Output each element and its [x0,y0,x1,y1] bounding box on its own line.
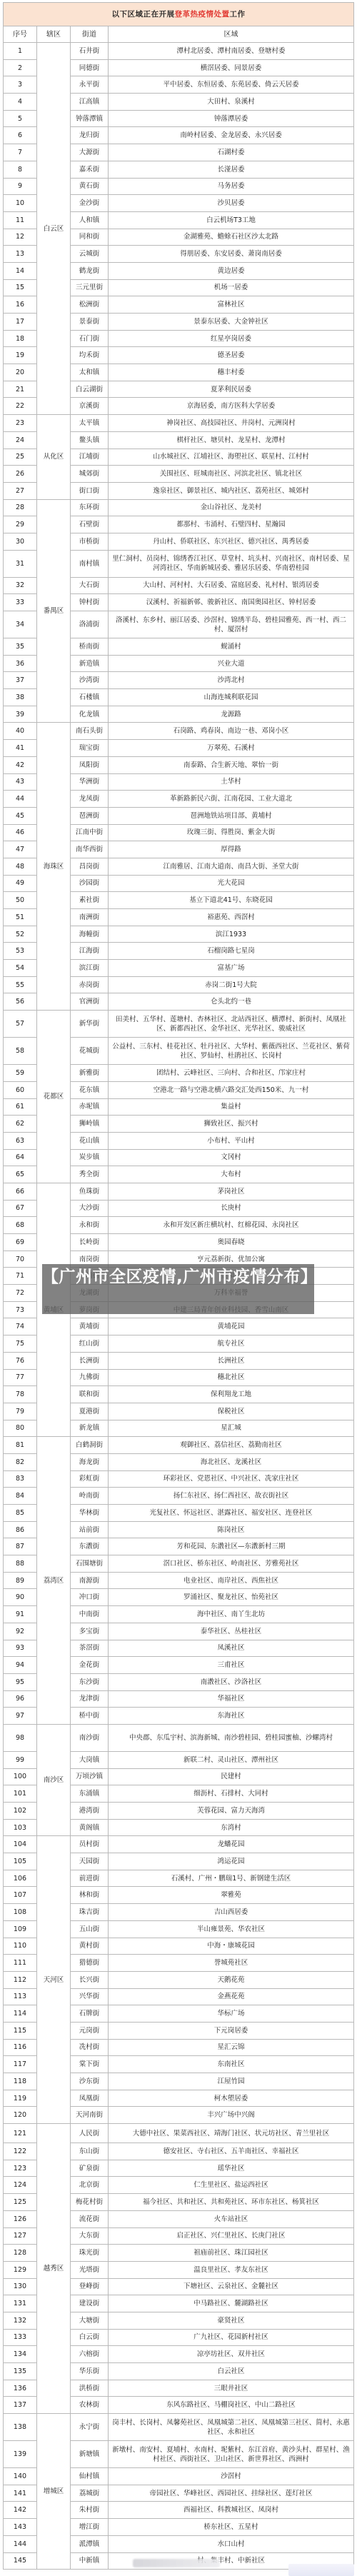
area-cell: 光大花园 [109,875,354,892]
street-cell: 万顷沙镇 [71,1768,109,1785]
street-cell: 桥中街 [71,1708,109,1725]
area-cell: 富基广场 [109,960,354,977]
row-seq-number: 82 [4,1453,37,1470]
column-header-row: 序号 辖区 街道 区域 [4,26,354,43]
area-cell: 细沥村、石排村、大同村 [109,1785,354,1803]
street-cell: 黄村街 [71,1938,109,1955]
row-seq-number: 74 [4,1318,37,1335]
row-seq-number: 99 [4,1751,37,1768]
street-cell: 沙东街 [71,2073,109,2090]
row-seq-number: 89 [4,1572,37,1589]
row-seq-number: 71 [4,1268,37,1285]
area-cell: 厚得路 [109,841,354,858]
area-cell: 凤溪社区 [109,1640,354,1657]
row-seq-number: 18 [4,330,37,347]
street-cell: 瑞宝街 [71,740,109,757]
row-seq-number: 80 [4,1420,37,1437]
watermark-blur [133,2559,220,2567]
area-cell: 金山谷社区、龙美村 [109,499,354,516]
row-seq-number: 58 [4,1038,37,1065]
row-seq-number: 48 [4,858,37,875]
area-cell: 棋杆社区、塘贝村、龙星村、龙潭村 [109,431,354,448]
street-cell: 五山街 [71,1920,109,1938]
street-cell: 白鹤洞街 [71,1437,109,1454]
area-cell: 黄埔花园 [109,1318,354,1335]
row-seq-number: 83 [4,1470,37,1488]
street-cell: 江南中街 [71,824,109,841]
street-cell: 梅花村街 [71,2194,109,2211]
area-cell: 山水城社区、江埔社区、海塱社区、联星村、江村村 [109,448,354,466]
row-seq-number: 110 [4,1938,37,1955]
area-cell: 民建村 [109,1768,354,1785]
area-cell: 赤岗二街1号大院 [109,976,354,993]
street-cell: 大沙街 [71,1200,109,1217]
street-cell: 仙村镇 [71,2468,109,2485]
area-cell: 田美村、五华村、莲塘村、杏林社区、北站西社区、横潭村、新街村、凤凰社区、新都西社… [109,1011,354,1038]
street-cell: 中新镇 [71,2552,109,2570]
row-seq-number: 29 [4,516,37,533]
row-seq-number: 7 [4,144,37,161]
row-seq-number: 88 [4,1555,37,1573]
street-cell: 石壁街 [71,516,109,533]
district-cell: 越秀区 [37,2124,71,2414]
row-seq-number: 5 [4,110,37,127]
row-seq-number: 19 [4,347,37,364]
street-cell: 派潭镇 [71,2535,109,2552]
street-cell: 兴华街 [71,1988,109,2005]
row-seq-number: 129 [4,2261,37,2278]
street-cell: 前进街 [71,1870,109,1887]
street-cell: 三元里街 [71,279,109,296]
street-cell: 珠光街 [71,2245,109,2262]
street-cell: 光塔街 [71,2261,109,2278]
row-seq-number: 124 [4,2177,37,2194]
row-seq-number: 47 [4,841,37,858]
row-seq-number: 36 [4,655,37,672]
area-cell: 集益村 [109,1098,354,1116]
street-cell: 增江街 [71,2519,109,2536]
street-cell: 大岗镇 [71,1751,109,1768]
area-cell: 罗涌社区、聚龙社区、怡苑社区 [109,1589,354,1606]
area-cell: 誉城苑社区 [109,1955,354,1972]
row-seq-number: 49 [4,875,37,892]
row-seq-number: 23 [4,415,37,432]
row-seq-number: 63 [4,1132,37,1149]
street-cell: 琶洲街 [71,807,109,824]
street-cell: 江高镇 [71,94,109,111]
row-seq-number: 107 [4,1887,37,1904]
street-cell: 夏港街 [71,1403,109,1420]
street-cell: 林和街 [71,1887,109,1904]
area-cell: 丹山村、侨联社区、东兴社区、德兴社区、禺秀居委 [109,533,354,550]
table-row: 28番禺区东环街金山谷社区、龙美村 [4,499,354,516]
area-cell: 南漖社区、沙洛社区 [109,1673,354,1690]
street-cell: 洛浦街 [71,611,109,638]
area-cell: 石湖村委 [109,144,354,161]
street-cell: 多宝街 [71,1623,109,1640]
area-cell: 永和开发区新庄横坑村、红棉花园、永岗社区 [109,1217,354,1234]
row-seq-number: 12 [4,229,37,246]
area-cell: 翠雅苑 [109,1887,354,1904]
street-cell: 城郊街 [71,466,109,483]
area-cell: 汉溪村、祈福新邨、骏新社区、南国奥园社区、钟村居委 [109,594,354,611]
area-cell: 沙滘村 [109,2468,354,2485]
street-cell: 花东镇 [71,1081,109,1098]
row-seq-number: 31 [4,550,37,577]
street-cell: 赤岗街 [71,976,109,993]
row-seq-number: 118 [4,2073,37,2090]
area-cell: 扬仁东社区、扬仁西社区、故衣街社区 [109,1488,354,1505]
street-cell: 冲口街 [71,1589,109,1606]
row-seq-number: 2 [4,59,37,76]
area-cell: 长洲社区 [109,1352,354,1369]
area-cell: 半山雍景苑、华农社区 [109,1920,354,1938]
article-title-overlay: 【广州市全区疫情,广州市疫情分布】 [42,1264,314,1314]
area-cell: 中央郡、东瓜宇村、滨海新城、南沙碧桂园、碧桂园蜜柚、沙螺湾村 [109,1724,354,1751]
area-cell: 电业社区、南岸社区、西焦社区 [109,1572,354,1589]
street-cell: 洪桥街 [71,2380,109,2397]
street-cell: 华洲街 [71,773,109,791]
street-cell: 东涌镇 [71,1785,109,1803]
row-seq-number: 11 [4,211,37,229]
street-cell: 沙湾街 [71,672,109,689]
row-seq-number: 104 [4,1836,37,1853]
row-seq-number: 62 [4,1116,37,1133]
street-cell: 永平街 [71,76,109,94]
row-seq-number: 116 [4,2039,37,2056]
column-header-street: 街道 [71,26,109,43]
street-cell: 港湾街 [71,1803,109,1820]
row-seq-number: 4 [4,94,37,111]
area-cell: 黄边居委 [109,262,354,279]
area-cell: 东海社区 [109,1708,354,1725]
row-seq-number: 97 [4,1708,37,1725]
area-cell: 平中居委、东恒居委、东苑居委、倚云天居委 [109,76,354,94]
banner-suffix: 工作 [230,10,246,19]
row-seq-number: 137 [4,2397,37,2414]
area-cell: 龙蟠花园 [109,1836,354,1853]
area-cell: 中海・康城花园 [109,1938,354,1955]
street-cell: 棠下街 [71,2056,109,2073]
column-header-area: 区域 [109,26,354,43]
area-cell: 保税社区 [109,1403,354,1420]
area-cell: 德圣居委 [109,347,354,364]
area-cell: 基立下道北41号、东晓花园 [109,892,354,909]
row-seq-number: 138 [4,2414,37,2441]
district-cell: 荔湾区 [37,1437,71,1725]
row-seq-number: 126 [4,2210,37,2227]
district-cell: 从化区 [37,415,71,499]
row-seq-number: 120 [4,2107,37,2124]
area-cell: 三甫社区 [109,1657,354,1674]
street-cell: 天园街 [71,1853,109,1870]
area-cell: 红星亭岗居委 [109,330,354,347]
street-cell: 南村镇 [71,550,109,577]
area-cell: 洛溪村、东乡村、丽江居委、沙滘村、锦绣半岛、碧桂园雅苑、西一村、西二村、厦滘村 [109,611,354,638]
street-cell: 新塘镇 [71,2441,109,2468]
area-cell: 启正社区、兴仁里社区、长庚门社区 [109,2227,354,2245]
row-seq-number: 10 [4,195,37,212]
street-cell: 素社街 [71,892,109,909]
street-cell: 石牌街 [71,2005,109,2023]
row-seq-number: 67 [4,1200,37,1217]
street-cell: 长兴街 [71,1971,109,1988]
area-cell: 海中社区、南丫生北坊 [109,1606,354,1623]
row-seq-number: 1 [4,43,37,60]
row-seq-number: 55 [4,976,37,993]
row-seq-number: 92 [4,1623,37,1640]
area-cell: 横滘居委、同景居委 [109,59,354,76]
area-cell: 帝园社区、华峰社区、西园社区、挂绿社区、莲灯社区 [109,2485,354,2502]
street-cell: 大石街 [71,577,109,594]
street-cell: 华林街 [71,1505,109,1522]
street-cell: 建设街 [71,2295,109,2312]
row-seq-number: 143 [4,2519,37,2536]
street-cell: 钟村街 [71,594,109,611]
table-row: 57花都区新华街田美村、五华村、莲塘村、杏林社区、北站西社区、横潭村、新街村、凤… [4,1011,354,1038]
table-row: 104天河区员村街龙蟠花园 [4,1836,354,1853]
row-seq-number: 119 [4,2090,37,2107]
row-seq-number: 131 [4,2295,37,2312]
area-cell: 大山村、河村村、大石居委、富庭居委、礼村村、银湾居委 [109,577,354,594]
area-cell: 凉亭坊社区、双井社区 [109,2346,354,2363]
area-cell: 富林社区 [109,296,354,314]
street-cell: 人民街 [71,2124,109,2143]
area-cell: 水口山村 [109,2535,354,2552]
row-seq-number: 34 [4,611,37,638]
row-seq-number: 114 [4,2005,37,2023]
street-cell: 站前街 [71,1521,109,1538]
row-seq-number: 15 [4,279,37,296]
column-header-district: 辖区 [37,26,71,43]
street-cell: 员村街 [71,1836,109,1853]
street-cell: 永宁街 [71,2414,109,2441]
street-cell: 太和镇 [71,364,109,381]
area-cell: 火车站社区 [109,2210,354,2227]
street-cell: 钟落潭镇 [71,110,109,127]
street-cell: 冼村街 [71,2039,109,2056]
street-cell: 农林街 [71,2397,109,2414]
area-cell: 滨江1933 [109,926,354,943]
area-cell: 环彩社区、党恩社区、中兴社区、冼家庄社区 [109,1470,354,1488]
area-cell: 穗北社区 [109,1369,354,1386]
row-seq-number: 79 [4,1403,37,1420]
area-cell: 岗丰村、长岗村、凤馨苑社区、凤凰城第二社区、凤凰城第三社区、简村、永惠社区、永和… [109,2414,354,2441]
row-seq-number: 38 [4,689,37,706]
street-cell: 新雅街 [71,1065,109,1082]
row-seq-number: 100 [4,1768,37,1785]
area-cell: 万翠苑、石溪村 [109,740,354,757]
street-cell: 珠吉街 [71,1904,109,1921]
row-seq-number: 30 [4,533,37,550]
street-cell: 江埔街 [71,448,109,466]
row-seq-number: 125 [4,2194,37,2211]
row-seq-number: 85 [4,1505,37,1522]
street-cell: 黄石街 [71,178,109,195]
district-cell: 增城区 [37,2414,71,2570]
area-cell: 小布村、平山村 [109,1132,354,1149]
row-seq-number: 64 [4,1149,37,1166]
area-cell: 兴业大道 [109,655,354,672]
street-cell: 大东街 [71,2227,109,2245]
area-cell: 夏茅利民居委 [109,381,354,398]
street-cell: 滨江街 [71,960,109,977]
row-seq-number: 51 [4,909,37,926]
area-cell: 三眼井社区 [109,2380,354,2397]
area-cell: 大田村、泉溪村 [109,94,354,111]
table-row: 98南沙区南沙街中央郡、东瓜宇村、滨海新城、南沙碧桂园、碧桂园蜜柚、沙螺湾村 [4,1724,354,1751]
row-seq-number: 59 [4,1065,37,1082]
row-seq-number: 78 [4,1386,37,1403]
area-cell: 裕惠苑、西滘村 [109,909,354,926]
row-seq-number: 3 [4,76,37,94]
area-cell: 芙蓉花园、富力天海湾 [109,1803,354,1820]
street-cell: 岭南街 [71,1488,109,1505]
street-cell: 东山街 [71,2143,109,2160]
street-cell: 龙归街 [71,127,109,144]
district-cell: 花都区 [37,1011,71,1183]
row-seq-number: 45 [4,807,37,824]
area-cell: 白云机场T3工地 [109,211,354,229]
area-cell: 丰兴广场中兴阁 [109,2107,354,2124]
row-seq-number: 135 [4,2363,37,2380]
table-row: 23从化区太平镇神岗社区、高技园社区、井岗村、元洲岗村 [4,415,354,432]
street-cell: 桥南街 [71,638,109,656]
area-cell: 沙贝居委 [109,195,354,212]
row-seq-number: 41 [4,740,37,757]
area-cell: 瑶华社区 [109,2160,354,2177]
row-seq-number: 69 [4,1234,37,1251]
row-seq-number: 76 [4,1352,37,1369]
area-cell: 土华村 [109,773,354,791]
street-cell: 东漖街 [71,1538,109,1555]
area-cell: 石岗路、鸡春岗、南边一巷、邓岗小区 [109,723,354,740]
row-seq-number: 144 [4,2535,37,2552]
row-seq-number: 128 [4,2245,37,2262]
row-seq-number: 77 [4,1369,37,1386]
row-seq-number: 139 [4,2441,37,2468]
area-cell: 大德中社区、果菜西社区、靖海门社区、状元坊社区、青兰里社区 [109,2124,354,2143]
area-cell: 逸泉社区、御景社区、城内社区、荔苑社区、城郊村 [109,482,354,499]
street-cell: 南沙街 [71,1724,109,1751]
street-cell: 朱村街 [71,2502,109,2519]
row-seq-number: 26 [4,466,37,483]
street-cell: 街口街 [71,482,109,499]
row-seq-number: 81 [4,1437,37,1454]
row-seq-number: 72 [4,1285,37,1302]
area-cell: 星汇云锦 [109,2039,354,2056]
area-cell: 都那村、韦涌村、石璧四村、星瀚园 [109,516,354,533]
street-cell: 荔城街 [71,2485,109,2502]
area-cell: 景泰东居委、大金钟社区 [109,314,354,331]
row-seq-number: 121 [4,2124,37,2143]
street-cell: 石围塘街 [71,1555,109,1573]
area-cell: 大布村 [109,1166,354,1183]
row-seq-number: 95 [4,1673,37,1690]
row-seq-number: 123 [4,2160,37,2177]
area-cell: 白云社区 [109,2363,354,2380]
street-cell: 金花街 [71,1657,109,1674]
street-cell: 龙凤街 [71,791,109,808]
area-cell: 长湴居委 [109,161,354,178]
row-seq-number: 108 [4,1904,37,1921]
area-cell: 温良里社区、孝友东社区 [109,2261,354,2278]
row-seq-number: 50 [4,892,37,909]
table-row: 40海珠区南石头街石岗路、鸡春岗、南边一巷、邓岗小区 [4,723,354,740]
row-seq-number: 98 [4,1724,37,1751]
street-cell: 彩虹街 [71,1470,109,1488]
area-cell: 团结村、云峰社区、三向村、合和社区、邝家庄村 [109,1065,354,1082]
row-seq-number: 61 [4,1098,37,1116]
street-cell: 太平镇 [71,415,109,432]
row-seq-number: 32 [4,577,37,594]
street-cell: 同德街 [71,59,109,76]
area-cell: 南泰路、合生新天地、翠怡一街 [109,756,354,773]
area-cell: 东风东路社区、马棚岗社区、中山二路社区 [109,2397,354,2414]
row-seq-number: 86 [4,1521,37,1538]
row-seq-number: 14 [4,262,37,279]
street-cell: 人和镇 [71,211,109,229]
row-seq-number: 17 [4,314,37,331]
row-seq-number: 40 [4,723,37,740]
area-cell: 光复社区、怀远社区、湛露社区、福安社区、连登社区 [109,1505,354,1522]
street-cell: 东环街 [71,499,109,516]
row-seq-number: 68 [4,1217,37,1234]
street-cell: 官洲街 [71,993,109,1011]
street-cell: 长洲街 [71,1352,109,1369]
row-seq-number: 33 [4,594,37,611]
table-row: 66黄埔区鱼珠街茅岗社区 [4,1183,354,1200]
street-cell: 永和街 [71,1217,109,1234]
area-cell: 公益村、三东村、桂花社区、牡丹社区、大华村、紫薇西社区、兰花社区、紫荷社区、罗仙… [109,1038,354,1065]
area-cell: 石榴岗路七星岗 [109,943,354,960]
row-seq-number: 43 [4,773,37,791]
row-seq-number: 20 [4,364,37,381]
area-cell: 文冈村 [109,1149,354,1166]
area-cell: 陈岗社区 [109,1521,354,1538]
area-cell: 福今社区、共和社区、共和苑社区、环市东社区、杨箕社区 [109,2194,354,2211]
street-cell: 昌岗街 [71,858,109,875]
row-seq-number: 145 [4,2552,37,2570]
street-cell: 鹤龙街 [71,262,109,279]
street-cell: 沙园街 [71,875,109,892]
watermark-logo [288,2564,354,2576]
street-cell: 炭步镇 [71,1149,109,1166]
street-cell: 天河南街 [71,2107,109,2124]
row-seq-number: 87 [4,1538,37,1555]
street-cell: 流花街 [71,2210,109,2227]
street-cell: 同和街 [71,229,109,246]
row-seq-number: 133 [4,2329,37,2346]
row-seq-number: 136 [4,2380,37,2397]
row-seq-number: 103 [4,1819,37,1836]
street-cell: 矿泉街 [71,2160,109,2177]
street-cell: 长岭街 [71,1234,109,1251]
row-seq-number: 96 [4,1690,37,1708]
row-seq-number: 8 [4,161,37,178]
area-cell: 革新路新民六街、江南花园、工业大道北 [109,791,354,808]
area-cell: 金燕花苑 [109,1988,354,2005]
street-cell: 花城街 [71,1038,109,1065]
row-seq-number: 53 [4,943,37,960]
street-cell: 江海街 [71,943,109,960]
row-seq-number: 65 [4,1166,37,1183]
row-seq-number: 122 [4,2143,37,2160]
area-cell: 江南雅居、江南大道南、南昌大街、圣堂大街 [109,858,354,875]
row-seq-number: 112 [4,1971,37,1988]
area-cell: 海北社区、龙溪社区 [109,1453,354,1470]
area-cell: 广九社区、花园新村社区 [109,2329,354,2346]
